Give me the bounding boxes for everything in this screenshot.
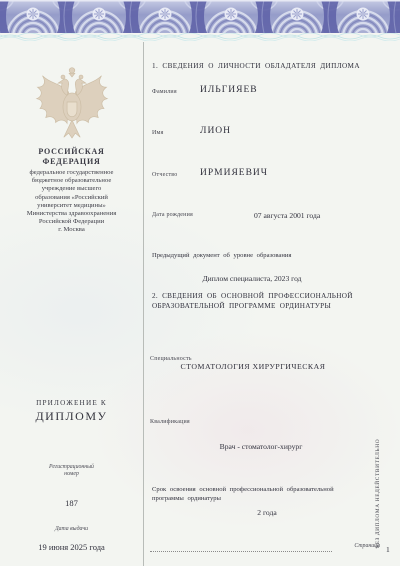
issue-date-label: Дата выдачи bbox=[0, 526, 143, 532]
duration-value: 2 года bbox=[167, 508, 367, 517]
qualification-label: Квалификация bbox=[150, 419, 190, 425]
first-name-value: ЛИОН bbox=[200, 126, 231, 136]
duration-label: Срок освоения основной профессиональной … bbox=[152, 485, 392, 504]
birth-date-label: Дата рождения bbox=[152, 212, 193, 218]
validity-note-vertical: БЕЗ ДИПЛОМА НЕДЕЙСТВИТЕЛЬНО bbox=[375, 408, 387, 548]
patronymic-label: Отчество bbox=[152, 172, 177, 178]
wave-band bbox=[0, 33, 400, 41]
section2-title: 2. СВЕДЕНИЯ ОБ ОСНОВНОЙ ПРОФЕССИОНАЛЬНОЙ… bbox=[152, 292, 392, 311]
section1-title: 1. СВЕДЕНИЯ О ЛИЧНОСТИ ОБЛАДАТЕЛЯ ДИПЛОМ… bbox=[152, 62, 392, 70]
specialty-value: СТОМАТОЛОГИЯ ХИРУРГИЧЕСКАЯ bbox=[153, 362, 353, 371]
vertical-divider bbox=[143, 42, 144, 566]
diploma-supplement-page: РОССИЙСКАЯ ФЕДЕРАЦИЯ федеральное государ… bbox=[0, 0, 400, 566]
doc-title-small: ПРИЛОЖЕНИЕ К bbox=[0, 399, 143, 407]
registration-number-label: Регистрационный номер bbox=[0, 464, 143, 479]
page-label: Страница bbox=[340, 543, 380, 549]
birth-date-value: 07 августа 2001 года bbox=[254, 211, 320, 220]
doc-title-large: ДИПЛОМУ bbox=[0, 409, 143, 424]
surname-value: ИЛЬГИЯЕВ bbox=[200, 85, 258, 95]
issue-date-value: 19 июня 2025 года bbox=[0, 542, 143, 552]
coat-of-arms-russia-icon bbox=[31, 58, 113, 146]
patronymic-value: ИРМИЯЕВИЧ bbox=[200, 168, 268, 178]
guilloche-border bbox=[0, 0, 400, 33]
first-name-label: Имя bbox=[152, 130, 164, 136]
country-name: РОССИЙСКАЯ ФЕДЕРАЦИЯ bbox=[0, 147, 143, 167]
previous-document-value: Диплом специалиста, 2023 год bbox=[152, 274, 352, 283]
previous-document-label: Предыдущий документ об уровне образовани… bbox=[152, 252, 291, 259]
institution-name: федеральное государственное бюджетное об… bbox=[7, 169, 136, 235]
registration-number-value: 187 bbox=[0, 498, 143, 508]
qualification-value: Врач - стоматолог-хирург bbox=[161, 442, 361, 451]
surname-label: Фамилия bbox=[152, 89, 177, 95]
signature-line bbox=[150, 551, 332, 552]
